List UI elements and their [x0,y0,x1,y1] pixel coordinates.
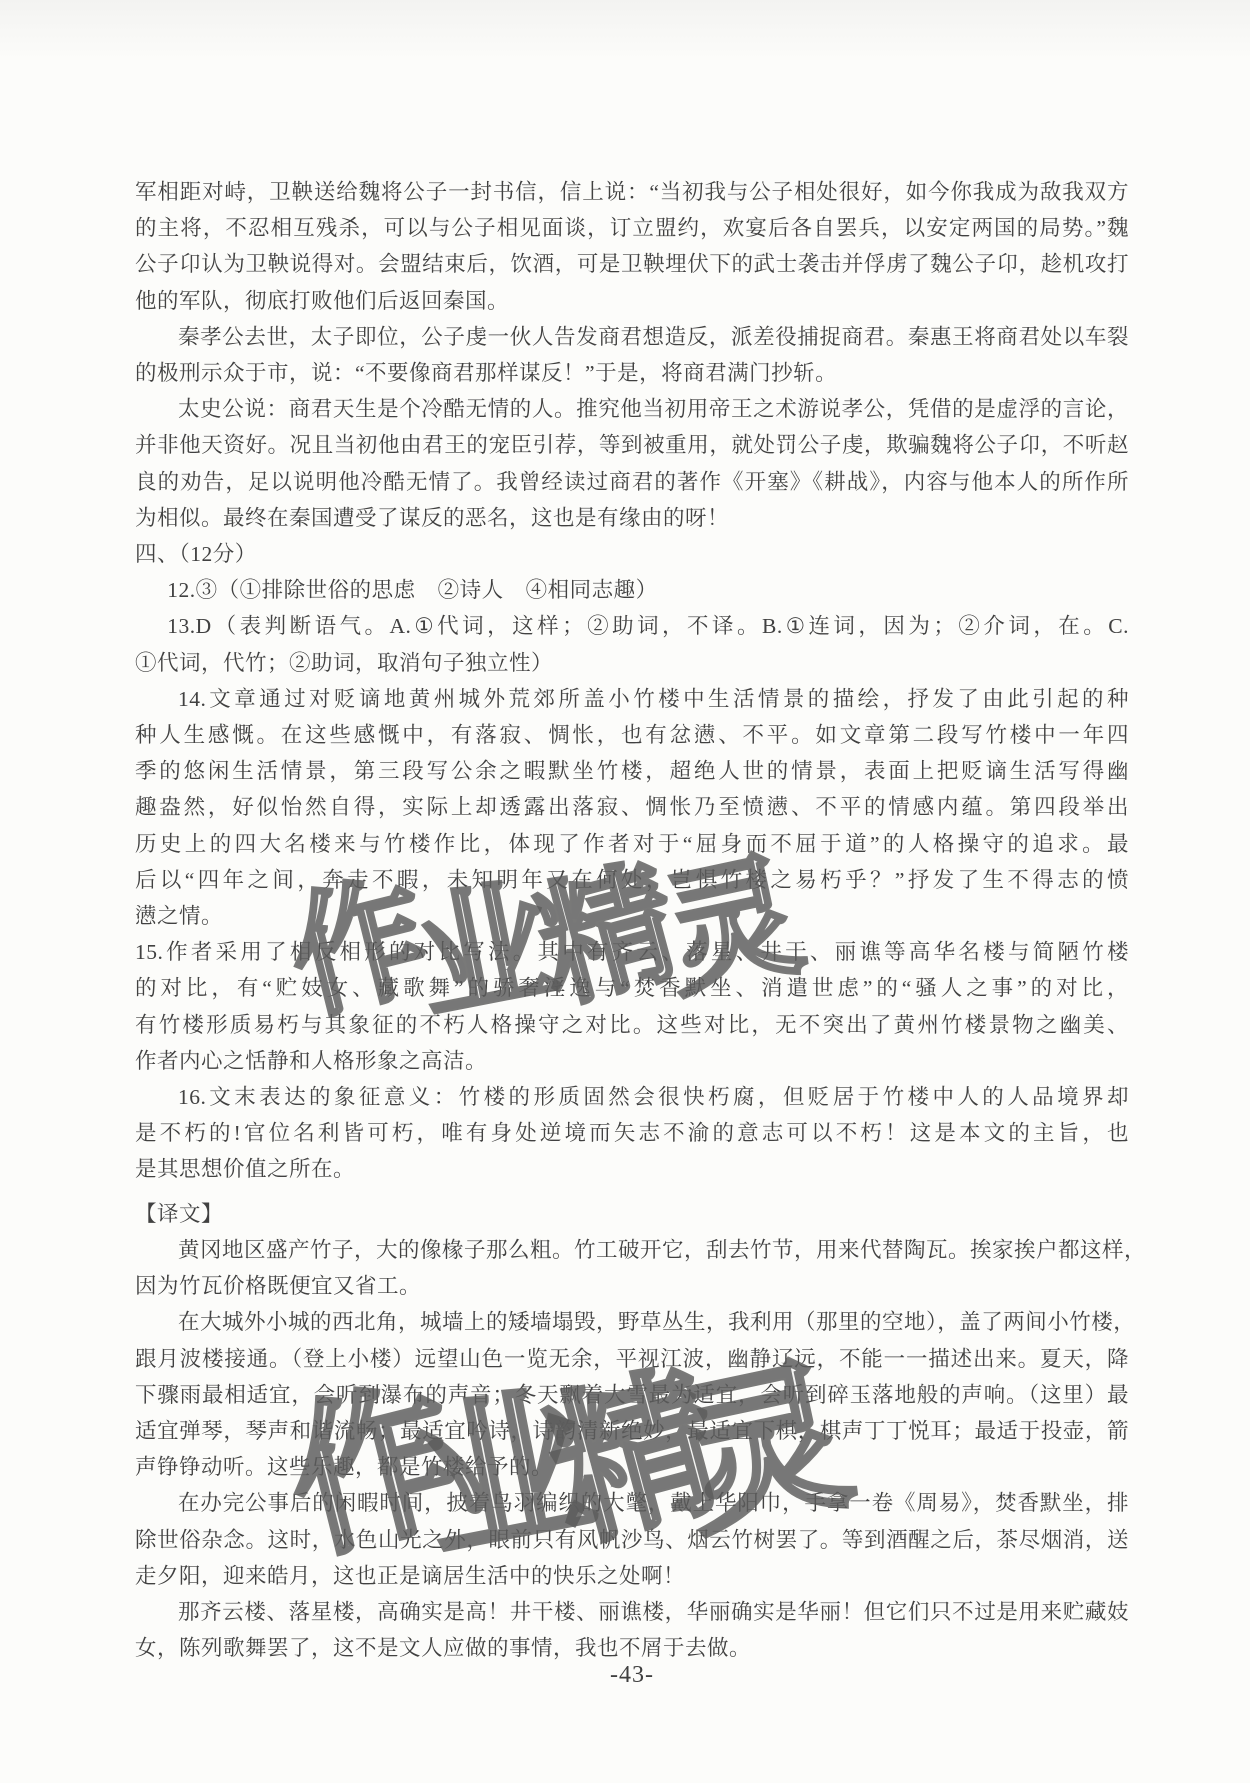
text-line: 季的悠闲生活情景，第三段写公余之暇默坐竹楼，超绝人世的情景，表面上把贬谪生活写得… [135,753,1129,789]
text-line: 在大城外小城的西北角，城墙上的矮墙塌毁，野草丛生，我利用（那里的空地），盖了两间… [135,1304,1129,1340]
text-line: 走夕阳，迎来皓月，这也正是谪居生活中的快乐之处啊！ [135,1558,1129,1594]
text-line: 历史上的四大名楼来与竹楼作比，体现了作者对于“屈身而不屈于道”的人格操守的追求。… [135,826,1129,862]
text-line: 黄冈地区盛产竹子，大的像椽子那么粗。竹工破开它，刮去竹节，用来代替陶瓦。挨家挨户… [135,1232,1129,1268]
text-line: 为相似。最终在秦国遭受了谋反的恶名，这也是有缘由的呀！ [135,500,1129,536]
text-line: 因为竹瓦价格既便宜又省工。 [135,1268,1129,1304]
text-line: 作者内心之恬静和人格形象之高洁。 [135,1043,1129,1079]
text-line: 并非他天资好。况且当初他由君王的宠臣引荐，等到被重用，就处罚公子虔，欺骗魏将公子… [135,427,1129,463]
text-line: 懑之情。 [135,898,1129,934]
page-number: -43- [135,1662,1129,1689]
text-line: 种人生感慨。在这些感慨中，有落寂、惆怅，也有忿懑、不平。如文章第二段写竹楼中一年… [135,717,1129,753]
text-line: 在办完公事后的闲暇时间，披着鸟羽编织的大氅，戴上华阳巾，手拿一卷《周易》，焚香默… [135,1485,1129,1521]
text-line: 四、（12分） [135,536,1129,572]
text-line: 是不朽的!官位名利皆可朽，唯有身处逆境而矢志不渝的意志可以不朽！这是本文的主旨，… [135,1115,1129,1151]
text-line: 的主将，不忍相互残杀，可以与公子相见面谈，订立盟约，欢宴后各自罢兵，以安定两国的… [135,210,1129,246]
text-line: 13.D（表判断语气。A.①代词，这样；②助词，不译。B.①连词，因为；②介词，… [135,608,1129,644]
text-line: 的极刑示众于市，说：“不要像商君那样谋反！”于是，将商君满门抄斩。 [135,355,1129,391]
text-line: 12.③（①排除世俗的思虑 ②诗人 ④相同志趣） [135,572,1129,608]
text-line: 适宜弹琴，琴声和谐流畅；最适宜吟诗，诗韵清新绝妙，最适宜下棋，棋声丁丁悦耳；最适… [135,1413,1129,1449]
text-line: 趣盎然，好似怡然自得，实际上却透露出落寂、惆怅乃至愤懑、不平的情感内蕴。第四段举… [135,789,1129,825]
text-line: 他的军队，彻底打败他们后返回秦国。 [135,283,1129,319]
text-line: 15.作者采用了相反相形的对比写法。其中有齐云、落星、井干、丽谯等高华名楼与简陋… [135,934,1129,970]
text-line: 那齐云楼、落星楼，高确实是高！井干楼、丽谯楼，华丽确实是华丽！但它们只不过是用来… [135,1594,1129,1630]
text-line: 良的劝告，足以说明他冷酷无情了。我曾经读过商君的著作《开塞》《耕战》，内容与他本… [135,464,1129,500]
text-line: 声铮铮动听。这些乐趣，都是竹楼给予的。 [135,1449,1129,1485]
scanned-answer-page: 军相距对峙，卫鞅送给魏将公子一封书信，信上说：“当初我与公子相处很好，如今你我成… [0,0,1250,1783]
text-line: 有竹楼形质易朽与其象征的不朽人格操守之对比。这些对比，无不突出了黄州竹楼景物之幽… [135,1007,1129,1043]
text-line: 公子卬认为卫鞅说得对。会盟结束后，饮酒，可是卫鞅埋伏下的武士袭击并俘虏了魏公子卬… [135,246,1129,282]
text-line: 女，陈列歌舞罢了，这不是文人应做的事情，我也不屑于去做。 [135,1630,1129,1666]
text-line: 下骤雨最相适宜，会听到瀑布的声音；冬天飘着大雪最为适宜，会听到碎玉落地般的声响。… [135,1377,1129,1413]
text-line: 秦孝公去世，太子即位，公子虔一伙人告发商君想造反，派差役捕捉商君。秦惠王将商君处… [135,319,1129,355]
text-line: 除世俗杂念。这时，水色山光之外，眼前只有风帆沙鸟、烟云竹树罢了。等到酒醒之后，茶… [135,1522,1129,1558]
text-line: 军相距对峙，卫鞅送给魏将公子一封书信，信上说：“当初我与公子相处很好，如今你我成… [135,174,1129,210]
text-line: 的对比，有“贮妓女、藏歌舞”的骄奢淫逸与“焚香默坐、消遣世虑”的“骚人之事”的对… [135,970,1129,1006]
text-line: 是其思想价值之所在。 [135,1151,1129,1187]
text-line: 跟月波楼接通。（登上小楼）远望山色一览无余，平视江波，幽静辽远，不能一一描述出来… [135,1341,1129,1377]
text-line: 16.文末表达的象征意义：竹楼的形质固然会很快朽腐，但贬居于竹楼中人的人品境界却 [135,1079,1129,1115]
text-line: ①代词，代竹；②助词，取消句子独立性） [135,645,1129,681]
document-lines: 军相距对峙，卫鞅送给魏将公子一封书信，信上说：“当初我与公子相处很好，如今你我成… [135,174,1129,1666]
text-line: 太史公说：商君天生是个冷酷无情的人。推究他当初用帝王之术游说孝公，凭借的是虚浮的… [135,391,1129,427]
text-line: 14.文章通过对贬谪地黄州城外荒郊所盖小竹楼中生活情景的描绘，抒发了由此引起的种 [135,681,1129,717]
text-line: 后以“四年之间，奔走不暇，未知明年又在何处，岂惧竹楼之易朽乎？”抒发了生不得志的… [135,862,1129,898]
text-line: 【译文】 [135,1196,1129,1232]
